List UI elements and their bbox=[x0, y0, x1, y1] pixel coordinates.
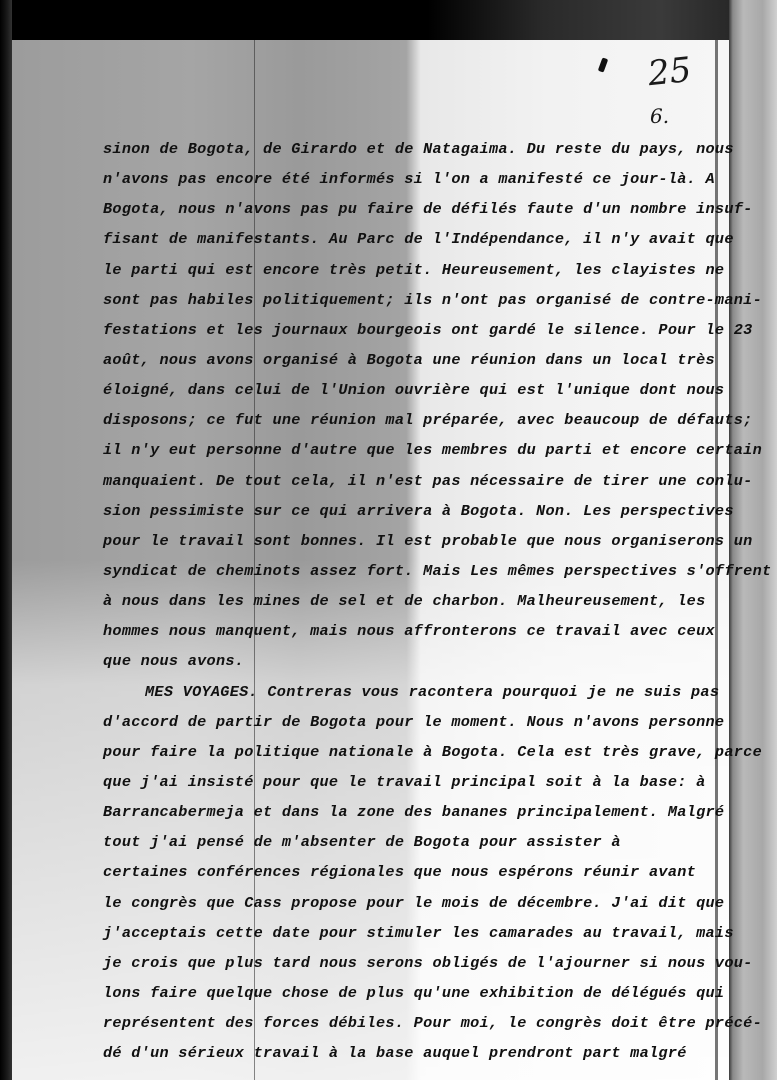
scan-border-left bbox=[0, 0, 12, 1080]
text-line: Bogota, nous n'avons pas pu faire de déf… bbox=[103, 194, 743, 224]
text-line: que nous avons. bbox=[103, 646, 743, 676]
text-line: à nous dans les mines de sel et de charb… bbox=[103, 586, 743, 616]
text-line: sion pessimiste sur ce qui arrivera à Bo… bbox=[103, 496, 743, 526]
text-line: il n'y eut personne d'autre que les memb… bbox=[103, 435, 743, 465]
text-line: représentent des forces débiles. Pour mo… bbox=[103, 1008, 743, 1038]
text-line: Barrancabermeja et dans la zone des bana… bbox=[103, 797, 743, 827]
text-line: syndicat de cheminots assez fort. Mais L… bbox=[103, 556, 743, 586]
handwritten-old-page-number: 6. bbox=[650, 104, 669, 128]
text-line: disposons; ce fut une réunion mal prépar… bbox=[103, 405, 743, 435]
document-body: sinon de Bogota, de Girardo et de Nataga… bbox=[103, 134, 743, 1068]
text-line: d'accord de partir de Bogota pour le mom… bbox=[103, 707, 743, 737]
text-line: sinon de Bogota, de Girardo et de Nataga… bbox=[103, 134, 743, 164]
text-line: pour le travail sont bonnes. Il est prob… bbox=[103, 526, 743, 556]
handwritten-page-number: 25 bbox=[646, 50, 693, 94]
text-line: tout j'ai pensé de m'absenter de Bogota … bbox=[103, 827, 743, 857]
text-line: certaines conférences régionales que nou… bbox=[103, 857, 743, 887]
scan-border-top bbox=[0, 0, 777, 40]
text-line: MES VOYAGES. Contreras vous racontera po… bbox=[103, 677, 743, 707]
text-line: festations et les journaux bourgeois ont… bbox=[103, 315, 743, 345]
text-line: fisant de manifestants. Au Parc de l'Ind… bbox=[103, 224, 743, 254]
text-line: sont pas habiles politiquement; ils n'on… bbox=[103, 285, 743, 315]
text-line: le congrès que Cass propose pour le mois… bbox=[103, 888, 743, 918]
text-line: que j'ai insisté pour que le travail pri… bbox=[103, 767, 743, 797]
text-line: lons faire quelque chose de plus qu'une … bbox=[103, 978, 743, 1008]
text-line: manquaient. De tout cela, il n'est pas n… bbox=[103, 466, 743, 496]
text-line: hommes nous manquent, mais nous affronte… bbox=[103, 616, 743, 646]
text-line: août, nous avons organisé à Bogota une r… bbox=[103, 345, 743, 375]
text-line: éloigné, dans celui de l'Union ouvrière … bbox=[103, 375, 743, 405]
text-line: dé d'un sérieux travail à la base auquel… bbox=[103, 1038, 743, 1068]
text-line: pour faire la politique nationale à Bogo… bbox=[103, 737, 743, 767]
text-line: n'avons pas encore été informés si l'on … bbox=[103, 164, 743, 194]
text-line: le parti qui est encore très petit. Heur… bbox=[103, 255, 743, 285]
text-line: j'acceptais cette date pour stimuler les… bbox=[103, 918, 743, 948]
text-line: je crois que plus tard nous serons oblig… bbox=[103, 948, 743, 978]
